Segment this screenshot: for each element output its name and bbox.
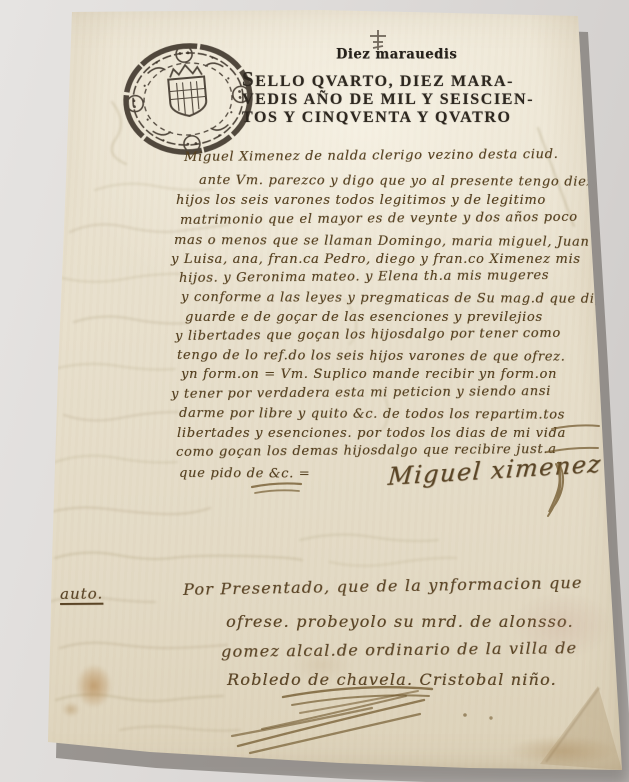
folio-mark: 1 — [34, 714, 41, 725]
ink-stain — [62, 702, 80, 717]
ink-stain — [76, 664, 112, 708]
manuscript-sheet: Diez marauedis — [0, 0, 629, 782]
photo-of-manuscript: Diez marauedis — [0, 0, 629, 782]
water-stain — [508, 736, 618, 766]
smudge-stain — [292, 648, 352, 682]
smudge-stain — [512, 592, 612, 658]
